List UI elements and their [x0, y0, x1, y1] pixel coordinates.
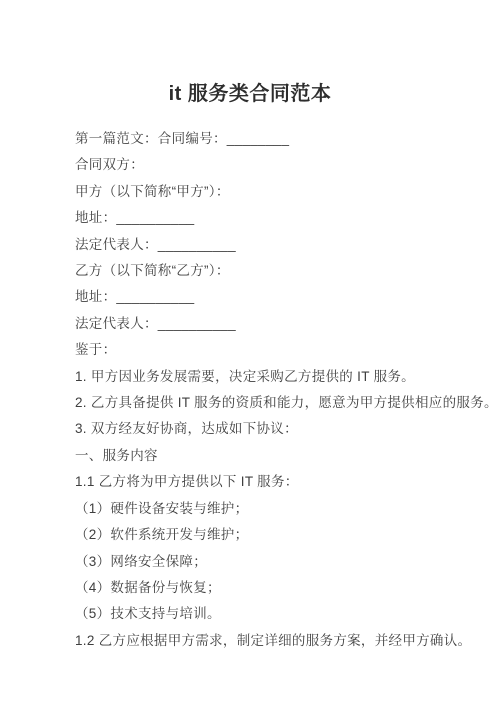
document-line-party-a-address: 地址：__________: [75, 205, 470, 231]
document-line-whereas: 鉴于：: [75, 337, 470, 363]
document-line-clause-1-1: 1.1 乙方将为甲方提供以下 IT 服务：: [75, 469, 470, 495]
document-line-party-b-representative: 法定代表人：__________: [75, 311, 470, 337]
document-line-contract-number: 第一篇范文：合同编号：________: [75, 126, 470, 152]
document-line-service-item-3: （3）网络安全保障；: [75, 549, 470, 575]
document-line-service-item-1: （1）硬件设备安装与维护；: [75, 496, 470, 522]
document-line-party-b: 乙方（以下简称“乙方”）：: [75, 258, 470, 284]
document-line-party-a-representative: 法定代表人：__________: [75, 232, 470, 258]
document-line-service-item-5: （5）技术支持与培训。: [75, 601, 470, 627]
document-title: it 服务类合同范本: [0, 0, 500, 105]
document-line-recital-1: 1. 甲方因业务发展需要，决定采购乙方提供的 IT 服务。: [75, 364, 470, 390]
document-line-service-item-2: （2）软件系统开发与维护；: [75, 522, 470, 548]
document-body: 第一篇范文：合同编号：________ 合同双方： 甲方（以下简称“甲方”）： …: [0, 126, 500, 654]
contract-page: it 服务类合同范本 第一篇范文：合同编号：________ 合同双方： 甲方（…: [0, 0, 500, 707]
document-line-party-a: 甲方（以下简称“甲方”）：: [75, 179, 470, 205]
document-line-party-b-address: 地址：__________: [75, 284, 470, 310]
document-line-service-item-4: （4）数据备份与恢复；: [75, 575, 470, 601]
document-line-clause-1-2: 1.2 乙方应根据甲方需求，制定详细的服务方案，并经甲方确认。: [75, 628, 470, 654]
document-line-recital-2: 2. 乙方具备提供 IT 服务的资质和能力，愿意为甲方提供相应的服务。: [75, 390, 470, 416]
document-line-recital-3: 3. 双方经友好协商，达成如下协议：: [75, 416, 470, 442]
document-line-parties-heading: 合同双方：: [75, 152, 470, 178]
document-line-section-1-heading: 一、服务内容: [75, 443, 470, 469]
